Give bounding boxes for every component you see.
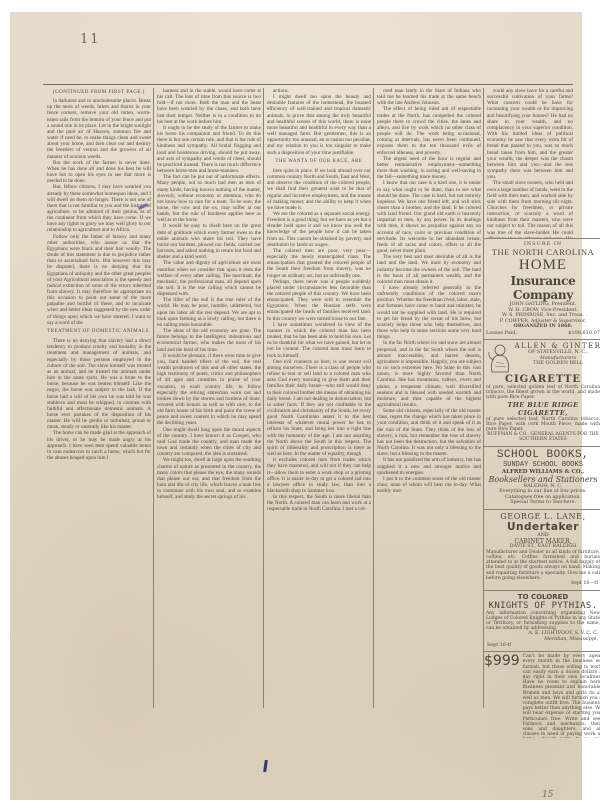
golden-bell: THE GOLDEN BELL <box>514 361 600 367</box>
publisher: ALFRED WILLIAMS & CO., <box>484 469 600 475</box>
article-paragraph: It would be pleasant, if there were time… <box>157 353 261 427</box>
cigarette-maker: ALLEN & GINTER <box>514 342 600 350</box>
undertaker-desc: Manufacturer and Dealer in all kinds of … <box>484 550 600 581</box>
losses-value: $108,610.07 <box>568 330 600 336</box>
losses-row: Losses Paid, $108,610.07 <box>484 330 600 336</box>
article-paragraph: One evil connects us here, is one recent… <box>267 359 371 458</box>
column-divider <box>263 88 264 708</box>
ink-mark <box>263 760 268 772</box>
column-3: actions.I might dwell too upon the beaut… <box>267 88 371 708</box>
article-paragraph: it excludes colored men from trades whic… <box>267 457 371 494</box>
undertaker-date: Sept 16—tf <box>484 581 600 587</box>
article-paragraph: The very best and most desirable of all … <box>377 254 481 285</box>
column-5: could any slave have for a careful and s… <box>487 88 573 238</box>
blue-ridge-title: THE BLUE RIDGE CIGARETTE, <box>484 401 600 417</box>
cigarette-agents: RUFFMAN & CO., GENERAL AGENTS FOR THE SO… <box>484 432 600 442</box>
article-paragraph: The effect of being ruled out of respect… <box>377 106 481 155</box>
article-paragraph: I put it to the common sense of the old … <box>377 476 481 494</box>
article-paragraph: The value and dignity of agriculture are… <box>157 260 261 297</box>
advertisements: INSURE IN THE NORTH CAROLINA HOME Insura… <box>484 238 600 738</box>
pencil-annotation: 15 <box>542 790 553 800</box>
article-paragraph: We are the colored as a separate social … <box>267 211 371 248</box>
column-2: harness and in the stable, would have co… <box>157 88 261 708</box>
article-paragraph: But the work of the farmer is never done… <box>47 160 151 185</box>
handwritten-page-mark: 11 <box>80 32 101 47</box>
article-paragraph: Some old citizens, especially of the old… <box>377 408 481 457</box>
article-paragraph: I have already referred generally to the… <box>377 285 481 340</box>
column-divider <box>373 88 374 708</box>
pythias-kicker: TO COLORED <box>484 593 600 601</box>
column-divider <box>153 88 154 708</box>
article-paragraph: here quite in place. If we look abroad o… <box>267 168 371 211</box>
ad-knights-of-pythias: TO COLORED KNIGHTS OF PYTHIAS. Any infor… <box>484 590 600 652</box>
article-paragraph: Follow only the father of history and ma… <box>47 234 151 326</box>
section-heading: TREATMENT OF DOMESTIC ANIMALS. <box>47 329 151 335</box>
ad-undertaker: GEORGE L. LANE, Undertaker AND CABINET M… <box>484 509 600 590</box>
article-paragraph: ored man lately in the State of Indiana … <box>377 88 481 106</box>
ad-cigarette: ALLEN & GINTER OF STATESVILLE, N. C., Ma… <box>484 339 600 446</box>
column-4: ored man lately in the State of Indiana … <box>377 88 481 708</box>
top-rule <box>43 84 573 85</box>
pythias-title: KNIGHTS OF PYTHIAS. <box>484 601 600 611</box>
article-paragraph: could any slave have for a careful and s… <box>487 88 573 180</box>
note: Everything in our line at low prices. <box>484 489 600 495</box>
pythias-desc: Any information concerning organizing Ne… <box>484 611 600 632</box>
ad-heading: HOME <box>484 257 600 274</box>
money-amount: $999 <box>484 654 523 738</box>
school-books-title: SCHOOL BOOKS, <box>484 449 600 461</box>
ad-heading: THE NORTH CAROLINA <box>484 247 600 257</box>
article-paragraph: One might dwell long upon the moral aspe… <box>157 427 261 458</box>
article-paragraph: It would be easy to dwell here on the gr… <box>157 223 261 260</box>
article-paragraph: There is no denying that slavery had a d… <box>47 338 151 430</box>
cigarette-desc: of pure, selected golden leaf of North C… <box>484 385 600 401</box>
article-paragraph: I know that our case is a hard one, it i… <box>377 180 481 254</box>
article-paragraph: The tiller of the soil is the true ruler… <box>157 297 261 328</box>
article-paragraph: The ideas of the old economy are gone. T… <box>157 328 261 353</box>
ad-money: $999 Can't be made by every agent every … <box>484 651 600 738</box>
section-heading: THE WANTS OF OUR RACE, ARE <box>267 159 371 165</box>
officer: W. S. PRIMROSE, Sec. and Treas. <box>484 313 600 319</box>
article-paragraph: In this respect, the South is more liber… <box>267 494 371 512</box>
article-paragraph: But, fellow citizens, I may have wearied… <box>47 184 151 233</box>
undertaker-title: Undertaker <box>484 521 600 533</box>
money-desc: Can't be made by every agent every month… <box>523 654 600 738</box>
article-paragraph: The small slave owners, who held and own… <box>487 180 573 238</box>
article-paragraph: We might too, dwell at large upon the so… <box>157 457 261 500</box>
losses-label: Losses Paid, <box>486 330 517 336</box>
blue-ridge-desc: of pure selected leaf, North Carolina to… <box>484 417 600 433</box>
ad-school-books: SCHOOL BOOKS, SUNDAY SCHOOL BOOKS ALFRED… <box>484 446 600 509</box>
article-paragraph: It has not paralized the arm of industry… <box>377 457 481 475</box>
article-paragraph: I have sometimes wondered in view of the… <box>267 322 371 359</box>
ad-home-insurance: INSURE IN THE NORTH CAROLINA HOME Insura… <box>484 238 600 339</box>
undertaker-name: GEORGE L. LANE, <box>484 512 600 521</box>
booksellers: Booksellers and Stationers <box>484 475 600 484</box>
article-paragraph: Perhaps, there never was a people sudden… <box>267 279 371 322</box>
article-paragraph: The horse can be made glad at the approa… <box>47 430 151 461</box>
seated-figure-illustration-icon <box>484 342 514 374</box>
article-paragraph: In the far North where ice and snow are … <box>377 340 481 408</box>
article-paragraph: The fact can be put out of unfortunate e… <box>157 174 261 223</box>
sunday-school-books: SUNDAY SCHOOL BOOKS <box>484 461 600 469</box>
article-paragraph: I might dwell too upon the beauty and de… <box>267 94 371 156</box>
cigarette-title: CIGARETTE <box>484 374 600 385</box>
section-heading: [CONTINUED FROM FIRST PAGE.] <box>47 90 151 96</box>
ad-heading: Insurance Company <box>484 274 600 302</box>
article-paragraph: The urgent need of the hour is regular a… <box>377 156 481 181</box>
column-1: [CONTINUED FROM FIRST PAGE.]in darkness … <box>47 88 151 708</box>
article-paragraph: It ought to be the study of the farmer t… <box>157 125 261 174</box>
pythias-date: Sept 16-tf <box>484 643 600 649</box>
article-paragraph: The colored men are poor, very poor—espe… <box>267 248 371 279</box>
article-paragraph: in darkness and in unwholesome places. B… <box>47 98 151 160</box>
article-paragraph: harness and in the stable, would have co… <box>157 88 261 125</box>
newspaper-page: 11 [CONTINUED FROM FIRST PAGE.]in darkne… <box>10 12 582 800</box>
note: Special Terms to Teachers. <box>484 500 600 506</box>
